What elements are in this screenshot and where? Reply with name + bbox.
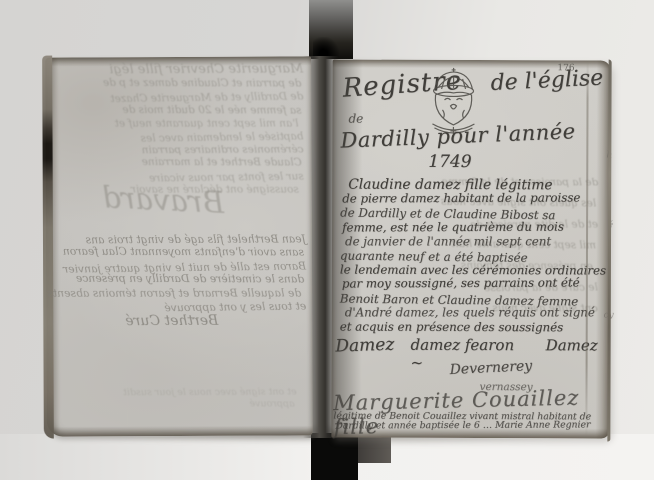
baptism-act-claudine-damez: Claudine damez fille légitimede pierre d… (340, 178, 605, 335)
right-page-worn-edge (607, 59, 611, 441)
left-page-show-through-paragraph: Jean Berthelet fils agé de vingt trois a… (54, 232, 306, 329)
header-place-line: Dardilly pour l'année (340, 119, 576, 152)
signature-damez-2: Damez (546, 336, 598, 372)
spine-clamp-bottom (311, 433, 358, 480)
header-year: 1749 (428, 152, 471, 172)
left-page-show-through-flourish: Bravard (101, 180, 225, 221)
signature-cure: Devernerey (449, 358, 532, 378)
right-page: de la paroisse et de la femmeles quels o… (331, 60, 610, 439)
left-page-show-through-traces: et ont signé avec nous le jour susditapp… (77, 386, 297, 411)
spine-clamp-top (309, 0, 353, 59)
register-scan: Marguerite Chevrier fille légide parrain… (0, 0, 654, 480)
spine-clamp-bottom-notch (358, 437, 391, 463)
left-page: Marguerite Chevrier fille légide parrain… (45, 56, 313, 436)
left-page-show-through-top: Marguerite Chevrier fille légide parrain… (55, 62, 304, 197)
header-de: de (348, 112, 363, 126)
signature-damez-1: Damez (335, 335, 395, 373)
baptism-act-marguerite-lines: légitime de Benoit Couaillez vivant mist… (333, 412, 605, 433)
